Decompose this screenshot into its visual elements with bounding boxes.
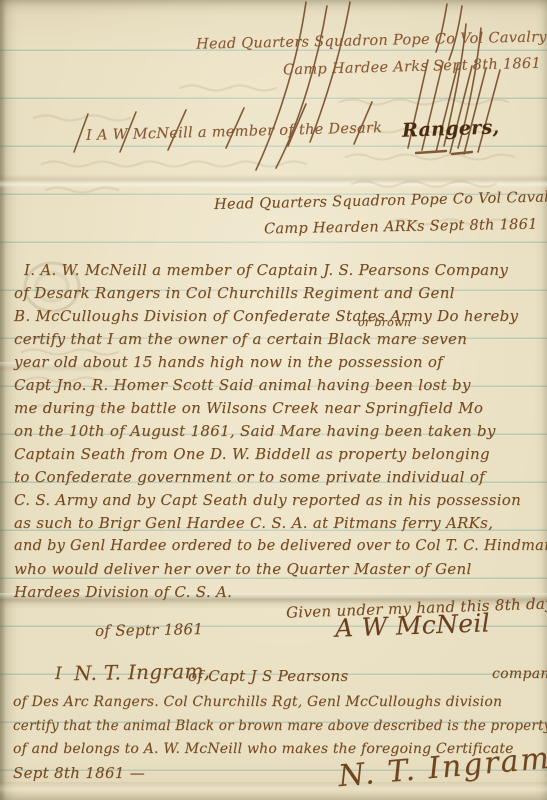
certification-line: certify that the animal Black or brown m… — [13, 715, 543, 739]
body-line: I. A. W. McNeill a member of Captain J. … — [14, 259, 539, 282]
struck-heading-line2: Camp Hardee Arks Sept 8th 1861 — [283, 56, 541, 79]
fold-crease-upper — [0, 174, 547, 188]
body-line: me during the battle on Wilsons Creek ne… — [14, 397, 539, 420]
attestation-date: of Septr 1861 — [95, 620, 203, 640]
signature-mcneil: A W McNeil — [335, 608, 491, 642]
struck-opening-line: I A W McNeill a member of the Desark — [86, 120, 383, 144]
struck-heading-line1: Head Quarters Squadron Pope Co Vol Caval… — [196, 29, 547, 52]
body-line: certify that I am the owner of a certain… — [14, 328, 539, 351]
strike-marks — [74, 2, 500, 170]
body-line: who would deliver her over to the Quarte… — [14, 558, 539, 581]
body-line: B. McCulloughs Division of Confederate S… — [14, 305, 539, 328]
body-line: of Desark Rangers in Col Churchills Regi… — [14, 282, 539, 305]
heading-line2: Camp Hearden ARKs Sept 8th 1861 — [264, 217, 538, 238]
certification-company-word: company — [492, 666, 547, 682]
scanned-document: Head Quarters Squadron Pope Co Vol Caval… — [0, 0, 547, 800]
struck-opening-emphasis: Rangers, — [402, 116, 500, 141]
certification-company-ref: of Capt J S Pearsons — [188, 667, 349, 685]
body-line: and by Genl Hardee ordered to be deliver… — [14, 535, 539, 558]
certification-line: of Des Arc Rangers. Col Churchills Rgt, … — [13, 691, 543, 715]
body-line: C. S. Army and by Capt Seath duly report… — [14, 489, 539, 512]
body-line: year old about 15 hands high now in the … — [14, 351, 539, 374]
heading-line1: Head Quarters Squadron Pope Co Vol Caval… — [214, 189, 547, 213]
body-line: Capt Jno. R. Homer Scott Said animal hav… — [14, 374, 539, 397]
certification-intro: I — [55, 664, 62, 684]
body-line: Captain Seath from One D. W. Biddell as … — [14, 443, 539, 466]
scan-edge-shadow — [0, 0, 6, 800]
body-line: as such to Brigr Genl Hardee C. S. A. at… — [14, 512, 539, 535]
body-paragraph: I. A. W. McNeill a member of Captain J. … — [14, 259, 539, 604]
body-line: on the 10th of August 1861, Said Mare ha… — [14, 420, 539, 443]
body-line: to Confederate government or to some pri… — [14, 466, 539, 489]
